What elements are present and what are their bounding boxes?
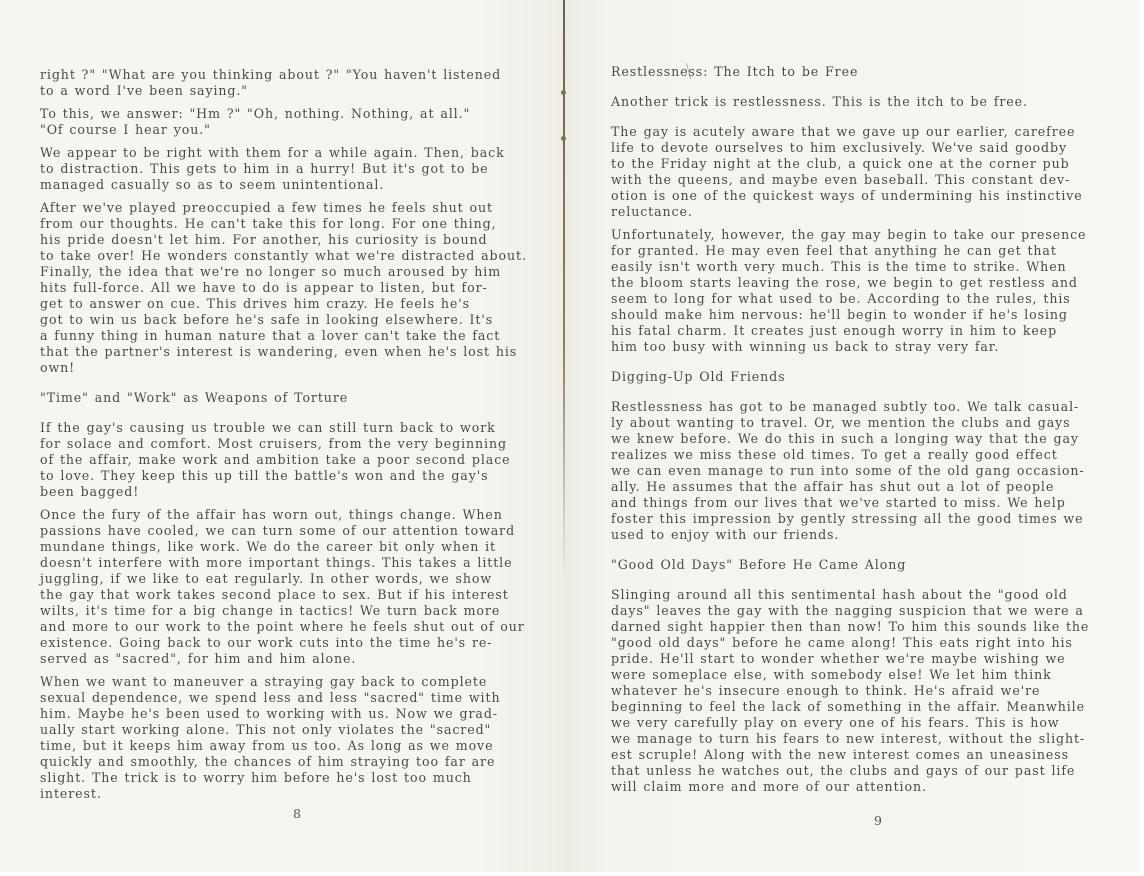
left-page-body: right ?" "What are you thinking about ?"… — [40, 67, 540, 809]
scan-edge — [1140, 0, 1144, 876]
section-heading: "Good Old Days" Before He Came Along — [611, 557, 1121, 573]
paragraph: Another trick is restlessness. This is t… — [611, 94, 1121, 110]
paragraph: Restlessness has got to be managed subtl… — [611, 399, 1121, 543]
page-number: 8 — [293, 806, 302, 821]
section-heading: "Time" and "Work" as Weapons of Torture — [40, 390, 540, 406]
left-page: right ?" "What are you thinking about ?"… — [0, 0, 564, 876]
right-page-body: Restlessness: The Itch to be Free Anothe… — [611, 64, 1121, 802]
section-heading: Restlessness: The Itch to be Free — [611, 64, 1121, 80]
paragraph: Unfortunately, however, the gay may begi… — [611, 227, 1121, 355]
paragraph: After we've played preoccupied a few tim… — [40, 200, 540, 376]
paragraph: When we want to maneuver a straying gay … — [40, 674, 540, 802]
paragraph: If the gay's causing us trouble we can s… — [40, 420, 540, 500]
paragraph: We appear to be right with them for a wh… — [40, 145, 540, 193]
right-page: Restlessness: The Itch to be Free Anothe… — [564, 0, 1140, 876]
paragraph: The gay is acutely aware that we gave up… — [611, 124, 1121, 220]
scan-edge — [0, 872, 1144, 876]
book-spread: right ?" "What are you thinking about ?"… — [0, 0, 1144, 876]
page-number: 9 — [874, 813, 883, 828]
staple-icon — [561, 90, 566, 95]
paragraph: To this, we answer: "Hm ?" "Oh, nothing.… — [40, 106, 540, 138]
paragraph: Once the fury of the affair has worn out… — [40, 507, 540, 667]
section-heading: Digging-Up Old Friends — [611, 369, 1121, 385]
staple-icon — [561, 136, 566, 141]
paragraph: right ?" "What are you thinking about ?"… — [40, 67, 540, 99]
book-gutter — [563, 0, 565, 580]
paragraph: Slinging around all this sentimental has… — [611, 587, 1121, 795]
